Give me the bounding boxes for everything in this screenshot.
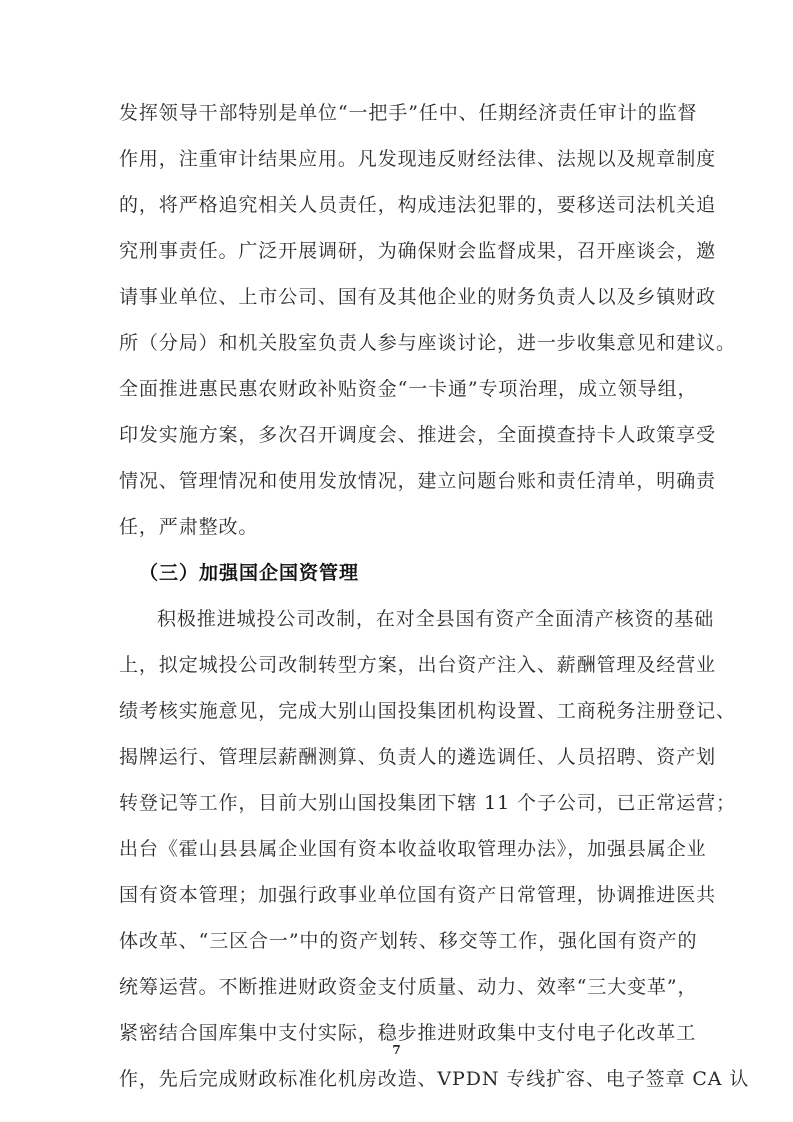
document-page: 发挥领导干部特别是单位“一把手”任中、任期经济责任审计的监督 作用，注重审计结果… — [119, 90, 679, 1102]
paragraph-audit-supervision: 发挥领导干部特别是单位“一把手”任中、任期经济责任审计的监督 作用，注重审计结果… — [119, 90, 679, 550]
text-line: 绩考核实施意见，完成大别山国投集团机构设置、工商税务注册登记、 — [119, 688, 679, 734]
text-line: 全面推进惠民惠农财政补贴资金“一卡通”专项治理，成立领导组， — [119, 366, 679, 412]
text-line: 究刑事责任。广泛开展调研，为确保财会监督成果，召开座谈会，邀 — [119, 228, 679, 274]
text-line: 的，将严格追究相关人员责任，构成违法犯罪的，要移送司法机关追 — [119, 182, 679, 228]
section-heading: （三）加强国企国资管理 — [119, 550, 679, 596]
text-line: 上，拟定城投公司改制转型方案，出台资产注入、薪酬管理及经营业 — [119, 642, 679, 688]
text-line: 国有资本管理；加强行政事业单位国有资产日常管理，协调推进医共 — [119, 872, 679, 918]
paragraph-state-asset-management: 积极推进城投公司改制，在对全县国有资产全面清产核资的基础 上，拟定城投公司改制转… — [119, 596, 679, 1102]
text-line: 作用，注重审计结果应用。凡发现违反财经法律、法规以及规章制度 — [119, 136, 679, 182]
text-line: 情况、管理情况和使用发放情况，建立问题台账和责任清单，明确责 — [119, 458, 679, 504]
text-line: 转登记等工作，目前大别山国投集团下辖 11 个子公司，已正常运营； — [119, 780, 679, 826]
text-line: 积极推进城投公司改制，在对全县国有资产全面清产核资的基础 — [119, 596, 679, 642]
text-line: 请事业单位、上市公司、国有及其他企业的财务负责人以及乡镇财政 — [119, 274, 679, 320]
text-line: 揭牌运行、管理层薪酬测算、负责人的遴选调任、人员招聘、资产划 — [119, 734, 679, 780]
text-line: 所（分局）和机关股室负责人参与座谈讨论，进一步收集意见和建议。 — [119, 320, 679, 366]
text-line: 发挥领导干部特别是单位“一把手”任中、任期经济责任审计的监督 — [119, 90, 679, 136]
text-line: 印发实施方案，多次召开调度会、推进会，全面摸查持卡人政策享受 — [119, 412, 679, 458]
text-line: 统筹运营。不断推进财政资金支付质量、动力、效率“三大变革”， — [119, 964, 679, 1010]
text-line: 出台《霍山县县属企业国有资本收益收取管理办法》，加强县属企业 — [119, 826, 679, 872]
text-line: 体改革、“三区合一”中的资产划转、移交等工作，强化国有资产的 — [119, 918, 679, 964]
text-line: 任，严肃整改。 — [119, 504, 679, 550]
text-line: 作，先后完成财政标准化机房改造、VPDN 专线扩容、电子签章 CA 认 — [119, 1056, 679, 1102]
page-number: 7 — [0, 1043, 793, 1057]
